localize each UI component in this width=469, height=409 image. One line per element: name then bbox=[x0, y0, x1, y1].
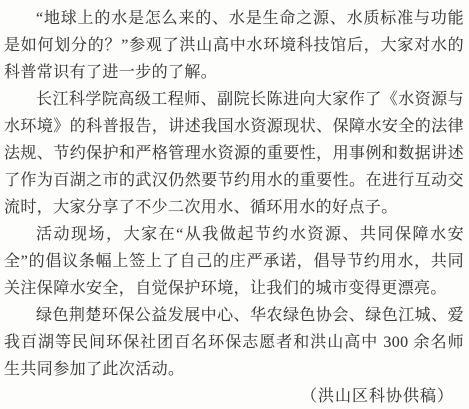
paragraph-intro: “地球上的水是怎么来的、水是生命之源、水质标准与功能是如何划分的？”参观了洪山高… bbox=[4, 5, 464, 86]
paragraph-pledge: 活动现场，大家在“从我做起节约水资源、共同保障水安全”的倡议条幅上签上了自己的庄… bbox=[4, 221, 464, 302]
byline: （洪山区科协供稿） bbox=[4, 383, 464, 409]
paragraph-lecture: 长江科学院高级工程师、副院长陈进向大家作了《水资源与水环境》的科普报告，讲述我国… bbox=[4, 86, 464, 221]
paragraph-participants: 绿色荆楚环保公益发展中心、华农绿色协会、绿色江城、爱我百湖等民间环保社团百名环保… bbox=[4, 302, 464, 383]
document-page: “地球上的水是怎么来的、水是生命之源、水质标准与功能是如何划分的？”参观了洪山高… bbox=[0, 0, 469, 409]
